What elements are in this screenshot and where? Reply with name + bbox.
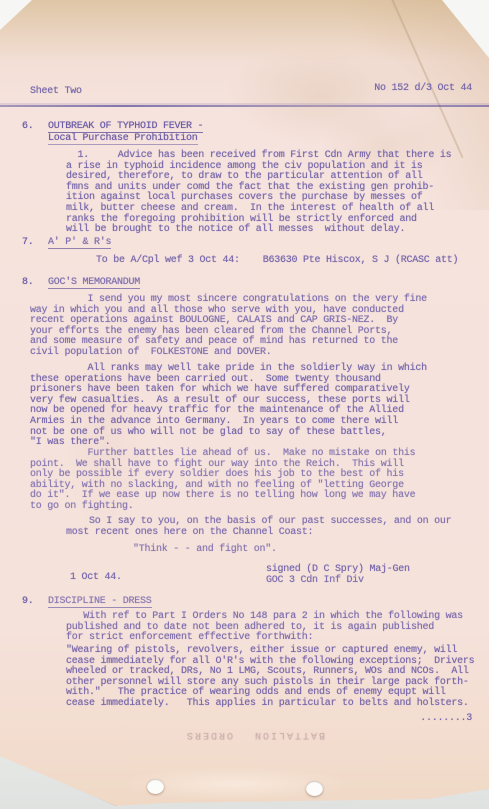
- goc-paragraph-2: All ranks may well take pride in the sol…: [30, 364, 427, 449]
- signature-unit: GOC 3 Cdn Inf Div: [266, 576, 364, 587]
- paper-stain: [225, 45, 415, 145]
- section-8-number: 8.: [22, 278, 34, 289]
- goc-paragraph-4: So I say to you, on the basis of our pas…: [66, 517, 451, 538]
- punch-hole-right: [306, 781, 323, 796]
- discipline-paragraph-1: With ref to Part I Orders No 148 para 2 …: [66, 612, 463, 644]
- punch-hole-left: [147, 779, 164, 794]
- showthrough-text: BATTALION ORDERS: [140, 729, 370, 740]
- section-7-body: To be A/Cpl wef 3 Oct 44: B63630 Pte His…: [96, 256, 458, 267]
- section-7-heading: A' P' & R's: [48, 238, 111, 249]
- section-8-heading: GOC'S MEMORANDUM: [48, 278, 140, 289]
- scanned-document: Sheet Two No 152 d/3 Oct 44 6. OUTBREAK …: [0, 0, 489, 809]
- heading-underline: OUTBREAK OF TYPHOID FEVER -: [48, 121, 203, 133]
- header-divider: [0, 105, 489, 107]
- discipline-paragraph-2: "Wearing of pistols, revolvers, either i…: [66, 646, 474, 710]
- goc-quote: "Think - - and fight on".: [133, 545, 277, 556]
- signature-line: signed (D C Spry) Maj-Gen: [266, 565, 410, 576]
- heading-underline: Local Purchase Prohibition: [48, 133, 198, 145]
- section-6-heading-line1: OUTBREAK OF TYPHOID FEVER -: [48, 122, 203, 133]
- signature-date: 1 Oct 44.: [70, 573, 122, 584]
- heading-underline: GOC'S MEMORANDUM: [48, 277, 140, 289]
- torn-edge-shadow: [0, 0, 33, 30]
- section-6-number: 6.: [22, 122, 34, 133]
- page-number-dots: ........3: [420, 714, 472, 725]
- fold-crease: [384, 0, 463, 158]
- paper-sheet: Sheet Two No 152 d/3 Oct 44 6. OUTBREAK …: [0, 0, 489, 809]
- heading-underline: DISCIPLINE - DRESS: [48, 596, 152, 608]
- section-6-body: 1. Advice has been received from First C…: [66, 151, 451, 236]
- goc-paragraph-1: I send you my most sincere congratulatio…: [30, 295, 427, 359]
- section-9-number: 9.: [22, 597, 34, 608]
- sheet-label: Sheet Two: [30, 87, 82, 98]
- goc-paragraph-3: Further battles lie ahead of us. Make no…: [30, 449, 415, 513]
- order-reference: No 152 d/3 Oct 44: [374, 84, 472, 95]
- heading-underline: A' P' & R's: [48, 237, 111, 249]
- section-6-heading-line2: Local Purchase Prohibition: [48, 134, 198, 145]
- section-7-number: 7.: [22, 238, 34, 249]
- torn-edge-shadow: [0, 757, 117, 809]
- section-9-heading: DISCIPLINE - DRESS: [48, 597, 152, 608]
